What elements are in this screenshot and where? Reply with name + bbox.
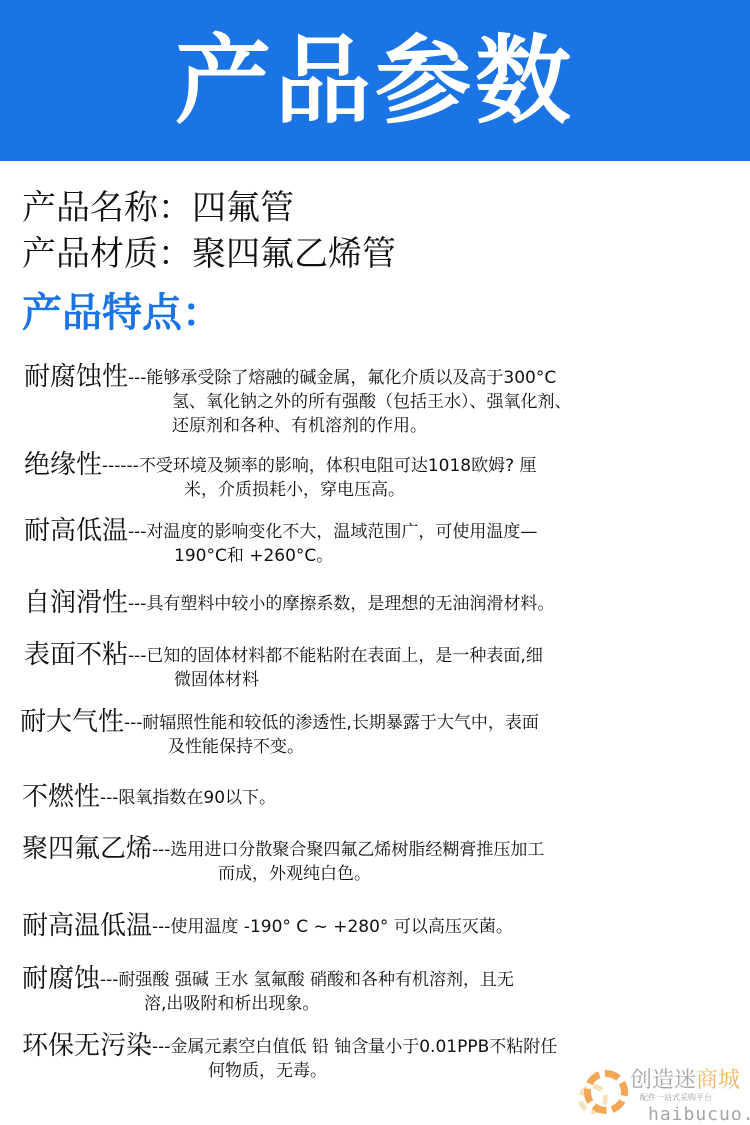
feature-dashes: --- [124, 714, 142, 735]
feature-desc-line: 何物质，无毒。 [208, 1059, 557, 1083]
feature-label: 耐腐蚀 [22, 966, 100, 992]
feature-dashes: --- [128, 523, 146, 544]
feature-desc-line: 限氧指数在90以下。 [118, 789, 276, 810]
feature-dashes: ------ [102, 457, 139, 478]
feature-desc-line: 能够承受除了熔融的碱金属，氟化介质以及高于300°C [146, 369, 556, 390]
feature-dashes: --- [152, 841, 170, 862]
feature-desc-line: 耐辐照性能和较低的渗透性,长期暴露于大气中，表面 [142, 714, 538, 735]
feature-desc-line: 耐强酸 强碱 王水 氢氟酸 硝酸和各种有机溶剂，且无 [118, 971, 514, 992]
feature-desc-line: 米，介质损耗小，穿电压高。 [184, 478, 537, 502]
product-material-line: 产品材质：聚四氟乙烯管 [22, 237, 396, 271]
feature-desc-line: 选用进口分散聚合聚四氟乙烯树脂经糊膏推压加工 [170, 841, 544, 862]
feature-dashes: --- [152, 918, 170, 939]
feature-corrosion-resistance: 耐腐蚀性---能够承受除了熔融的碱金属，氟化介质以及高于300°C 氢、氧化钠之… [24, 364, 572, 438]
feature-insulation: 绝缘性------不受环境及频率的影响，体积电阻可达1018欧姆? 厘 米，介质… [24, 452, 537, 502]
product-name-line: 产品名称：四氟管 [22, 191, 294, 225]
product-material-label: 产品材质： [22, 234, 192, 274]
feature-eco-friendly: 环保无污染---金属元素空白值低 铅 铀含量小于0.01PPB不粘附任 何物质，… [22, 1033, 557, 1083]
feature-corrosion: 耐腐蚀---耐强酸 强碱 王水 氢氟酸 硝酸和各种有机溶剂，且无 溶,出吸附和析… [22, 966, 514, 1016]
watermark-domain: haibucuo.com [648, 1104, 750, 1125]
feature-desc-line: 而成，外观纯白色。 [218, 862, 544, 886]
feature-non-flammable: 不燃性---限氧指数在90以下。 [22, 784, 276, 810]
feature-desc-line: 氢、氧化钠之外的所有强酸（包括王水）、强氧化剂、 [172, 390, 572, 414]
feature-label: 自润滑性 [24, 590, 128, 616]
product-name-value: 四氟管 [192, 188, 294, 228]
feature-desc-line: 不受环境及频率的影响，体积电阻可达1018欧姆? 厘 [139, 457, 537, 478]
gear-icon [584, 1070, 628, 1114]
feature-dashes: --- [128, 647, 146, 668]
feature-self-lubrication: 自润滑性---具有塑料中较小的摩擦系数，是理想的无油润滑材料。 [24, 590, 554, 616]
feature-weather-resistance: 耐大气性---耐辐照性能和较低的渗透性,长期暴露于大气中，表面 及性能保持不变。 [20, 709, 539, 759]
watermark-tagline: 配件一站式采购平台 [640, 1092, 712, 1103]
feature-desc-line: 具有塑料中较小的摩擦系数，是理想的无油润滑材料。 [146, 595, 554, 616]
feature-label: 耐高温低温 [22, 913, 152, 939]
feature-label: 耐腐蚀性 [24, 364, 128, 390]
feature-non-stick: 表面不粘---已知的固体材料都不能粘附在表面上，是一种表面,细 微固体材料 [24, 642, 543, 692]
features-heading: 产品特点： [22, 293, 222, 333]
feature-desc-line: 及性能保持不变。 [168, 735, 539, 759]
feature-desc-line: 金属元素空白值低 铅 铀含量小于0.01PPB不粘附任 [170, 1038, 557, 1059]
feature-desc-line: 溶,出吸附和析出现象。 [144, 992, 514, 1016]
header-banner: 产品参数 [0, 0, 750, 161]
feature-desc-line: 微固体材料 [174, 668, 543, 692]
page-title: 产品参数 [175, 33, 575, 129]
watermark-brand: 创造迷商城 [630, 1070, 740, 1092]
feature-dashes: --- [152, 1038, 170, 1059]
product-material-value: 聚四氟乙烯管 [192, 234, 396, 274]
feature-ptfe-material: 聚四氟乙烯---选用进口分散聚合聚四氟乙烯树脂经糊膏推压加工 而成，外观纯白色。 [22, 836, 544, 886]
feature-label: 环保无污染 [22, 1033, 152, 1059]
feature-dashes: --- [100, 971, 118, 992]
feature-label: 聚四氟乙烯 [22, 836, 152, 862]
feature-desc-line: 已知的固体材料都不能粘附在表面上，是一种表面,细 [146, 647, 542, 668]
feature-desc-line: 190°C和 +260°C。 [174, 544, 537, 568]
feature-label: 绝缘性 [24, 452, 102, 478]
feature-dashes: --- [128, 595, 146, 616]
feature-label: 耐大气性 [20, 709, 124, 735]
feature-high-low-temperature: 耐高温低温---使用温度 -190° C ~ +280° 可以高压灭菌。 [22, 913, 513, 939]
feature-temperature-resistance: 耐高低温---对温度的影响变化不大，温域范围广，可使用温度— 190°C和 +2… [24, 518, 537, 568]
watermark-logo: 创造迷商城 配件一站式采购平台 haibucuo.com [578, 1068, 750, 1125]
product-name-label: 产品名称： [22, 188, 192, 228]
feature-desc-line: 使用温度 -190° C ~ +280° 可以高压灭菌。 [170, 918, 512, 939]
feature-desc-line: 对温度的影响变化不大，温域范围广，可使用温度— [146, 523, 537, 544]
feature-label: 耐高低温 [24, 518, 128, 544]
feature-desc-line: 还原剂和各种、有机溶剂的作用。 [172, 414, 572, 438]
feature-label: 表面不粘 [24, 642, 128, 668]
feature-label: 不燃性 [22, 784, 100, 810]
feature-dashes: --- [128, 369, 146, 390]
feature-dashes: --- [100, 789, 118, 810]
